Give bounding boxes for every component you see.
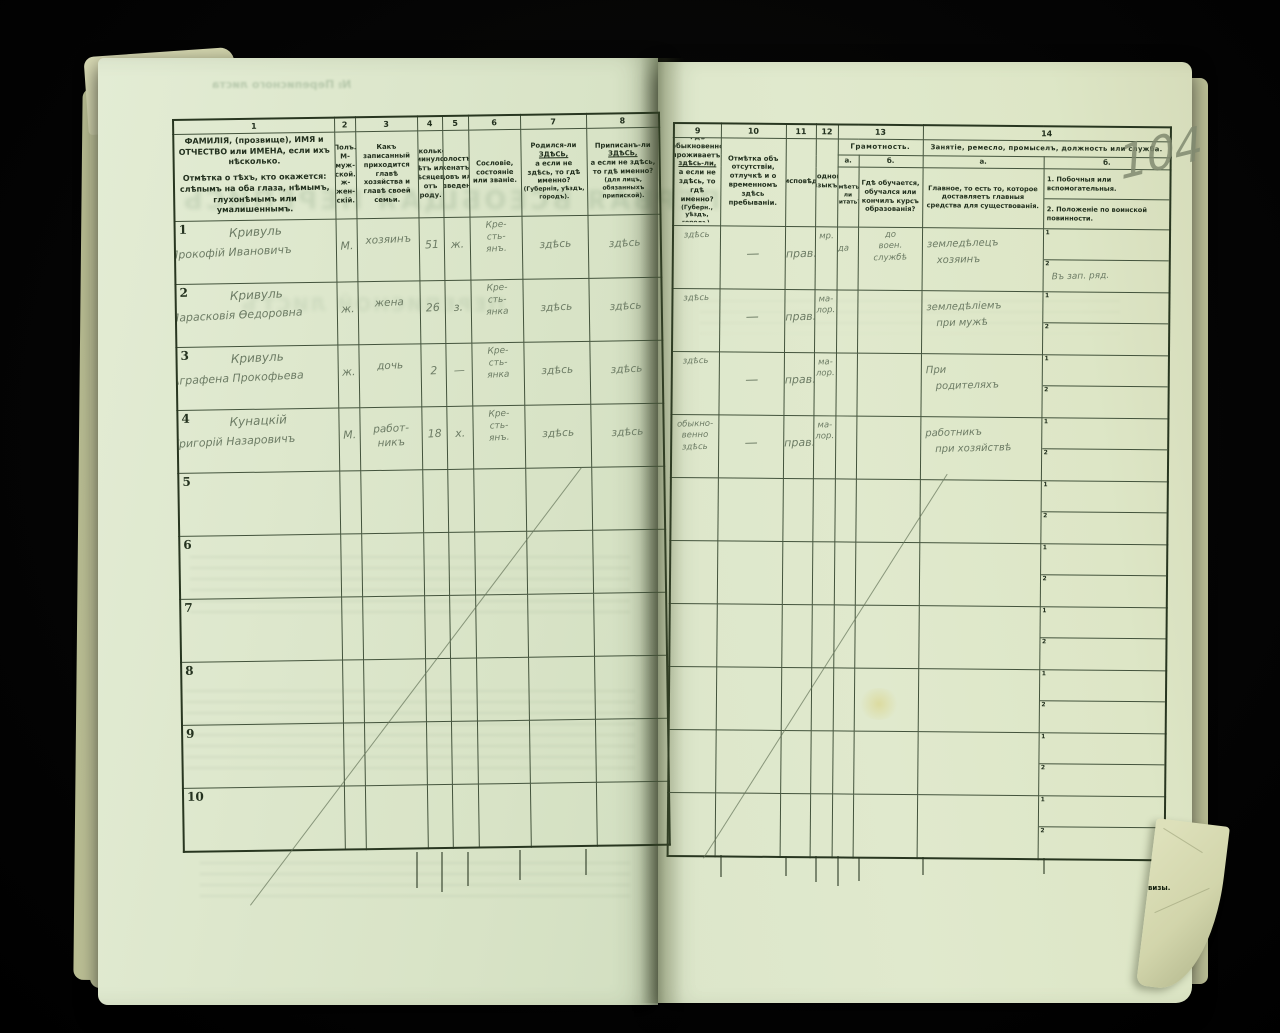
- col-number: 4: [417, 116, 442, 131]
- handwritten-side-occupation: [1052, 238, 1169, 241]
- cell-main-occupation: [918, 669, 1040, 733]
- cell-sex: [339, 471, 361, 534]
- handwritten-residence: здѣсь: [673, 293, 719, 306]
- handwritten-marital-status: з.: [445, 300, 471, 314]
- cell-sex: ж.: [337, 345, 359, 408]
- table-row: 12: [669, 603, 1167, 670]
- handwritten-marital-status: [453, 804, 478, 805]
- military-status-subcell: 2: [1039, 764, 1165, 795]
- cell-estate: Кре-сть-янъ.: [469, 216, 522, 280]
- cell-estate: Кре-сть-янка: [470, 279, 523, 343]
- table-row: 9: [182, 718, 669, 788]
- table-row: 8: [181, 655, 668, 725]
- handwritten-marital-status: [448, 489, 473, 490]
- cell-name: 5: [178, 471, 340, 536]
- row-number: 7: [184, 601, 193, 615]
- handwritten-given-name: [181, 664, 341, 672]
- line-stub: [858, 857, 860, 881]
- col-number: 7: [520, 114, 586, 129]
- cell-language: ма-лор.: [813, 353, 836, 416]
- subrow-number: 2: [1045, 323, 1049, 330]
- cell-can-read: [833, 668, 855, 731]
- line-stub: [441, 852, 443, 892]
- cell-side-occupation: 12: [1040, 544, 1168, 608]
- handwritten-registration: здѣсь: [588, 236, 660, 252]
- cell-can-read: [836, 290, 858, 353]
- handwritten-absence-mark: [718, 561, 782, 563]
- subrow-number: 1: [1043, 481, 1047, 488]
- col-number: 3: [355, 116, 417, 131]
- cell-side-occupation: 12: [1040, 481, 1168, 545]
- subrow-number: 1: [1042, 607, 1046, 614]
- subrow-number: 2: [1041, 701, 1045, 708]
- handwritten-relation: никъ: [360, 434, 422, 451]
- col-number: 8: [586, 113, 659, 129]
- handwritten-given-name: Парасковія Ѳедоровна: [175, 304, 336, 325]
- handwritten-relation: дочь: [359, 357, 421, 374]
- military-status-subcell: 2: [1039, 701, 1165, 732]
- cell-religion: прав.: [784, 289, 815, 352]
- handwritten-marital-status: —: [446, 363, 472, 377]
- cell-registration: [596, 781, 670, 845]
- cell-where-educated: [856, 353, 921, 417]
- handwritten-surname: Кривуль: [175, 221, 335, 243]
- handwritten-birthplace: [531, 804, 596, 807]
- cell-estate: Кре-сть-янка: [471, 342, 524, 406]
- handwritten-surname: [180, 536, 339, 544]
- side-occupation-subcell: 1: [1041, 544, 1167, 576]
- handwritten-birthplace: здѣсь: [525, 426, 591, 441]
- cell-religion: прав.: [783, 415, 814, 478]
- handwritten-absence-mark: [718, 498, 782, 500]
- handwritten-given-name: Григорій Назаровичъ: [177, 430, 338, 451]
- handwritten-estate: янка: [471, 305, 523, 320]
- side-occupation-subcell: 1: [1041, 481, 1167, 513]
- handwritten-surname: [184, 788, 343, 796]
- col-number: 13: [838, 124, 923, 139]
- cell-side-occupation: 12: [1039, 607, 1167, 671]
- handwritten-language: лор.: [815, 306, 836, 318]
- handwritten-given-name: [179, 538, 339, 546]
- cell-can-read: [835, 353, 857, 416]
- military-status-subcell: 2: [1038, 827, 1164, 858]
- census-table-left: 1 2 3 4 5 6 7 8 ФАМИЛІЯ, (прозвище), ИМЯ…: [172, 112, 671, 853]
- handwritten-absence-mark: [717, 687, 781, 689]
- subheader-b: б.: [859, 155, 923, 168]
- handwritten-religion: прав.: [784, 436, 813, 450]
- cell-name: 10: [183, 786, 345, 851]
- handwritten-side-occupation: [1051, 301, 1168, 304]
- cell-sex: [340, 534, 362, 597]
- handwritten-sex: М.: [336, 239, 357, 253]
- handwritten-residence: здѣсь: [672, 442, 718, 455]
- table-row: 1КривульПрокофій ИвановичъМ.хозяинъ51ж.К…: [175, 214, 662, 284]
- row-number: 5: [182, 475, 191, 489]
- cell-language: [812, 542, 835, 605]
- handwritten-age: 18: [422, 427, 447, 441]
- cell-where-educated: [853, 731, 918, 795]
- military-status-subcell: 2: [1040, 575, 1166, 606]
- cell-religion: [780, 730, 811, 793]
- cell-registration: [595, 718, 669, 782]
- cell-religion: [780, 793, 811, 856]
- table-row: 5: [178, 466, 665, 536]
- handwritten-marital-status: [450, 615, 475, 616]
- cell-age: [427, 784, 453, 847]
- cell-marital-status: [448, 532, 475, 595]
- handwritten-sex: [340, 491, 360, 492]
- cell-side-occupation: 12Въ зап. ряд.: [1043, 229, 1171, 293]
- cell-side-occupation: 12: [1039, 670, 1167, 734]
- cell-name: 7: [180, 597, 342, 662]
- table-row: 12: [670, 477, 1168, 544]
- handwritten-occupation: земледѣліемъ: [926, 298, 1042, 315]
- handwritten-language: лор.: [814, 432, 835, 444]
- header-residence-column: Гдѣ обыкновенно проживаетъ: здѣсь-ли, а …: [673, 138, 721, 226]
- line-stub: [837, 856, 839, 886]
- side-occupation-subcell: 1: [1042, 355, 1168, 387]
- cell-registration: здѣсь: [590, 403, 664, 467]
- cell-side-occupation: 12: [1041, 418, 1169, 482]
- cell-religion: [781, 604, 812, 667]
- handwritten-age: 51: [419, 238, 444, 252]
- handwritten-military-status: [1046, 836, 1163, 839]
- cell-name: 3КривульАграфена Прокофьева: [176, 345, 338, 410]
- cell-marital-status: ж.: [443, 217, 470, 280]
- cell-side-occupation: 12: [1041, 355, 1169, 419]
- handwritten-registration: [593, 550, 664, 554]
- header-absence-column: Отмѣтка объ отсутствіи, отлучкѣ и о врем…: [720, 138, 786, 227]
- cell-estate: [477, 720, 530, 784]
- military-status-subcell: 2: [1041, 512, 1167, 543]
- table-row: 12: [668, 792, 1166, 859]
- cell-absence: [716, 667, 782, 731]
- handwritten-literacy: [833, 810, 853, 811]
- subrow-number: 2: [1043, 512, 1047, 519]
- subrow-number: 1: [1044, 418, 1048, 425]
- line-stub: [922, 857, 924, 875]
- handwritten-age: [424, 553, 448, 554]
- handwritten-marital-status: ж.: [444, 237, 470, 251]
- handwritten-estate: янъ.: [473, 431, 525, 446]
- subrow-number: 1: [1046, 229, 1050, 236]
- side-occupation-subcell: 1: [1039, 733, 1165, 765]
- cell-marital-status: [452, 784, 479, 847]
- cell-age: [422, 469, 448, 532]
- handwritten-surname: Кривуль: [177, 347, 337, 369]
- military-status-subcell: 2: [1042, 386, 1168, 417]
- cell-where-educated: довоен.службѣ: [858, 227, 923, 291]
- header-relation-column: Какъ записанный приходится главѣ хозяйст…: [355, 131, 418, 219]
- cell-residence: [670, 540, 718, 603]
- subrow-number: 2: [1042, 638, 1046, 645]
- cell-where-educated: [856, 416, 921, 480]
- subrow-number: 2: [1040, 827, 1044, 834]
- cell-relation: работ-никъ: [359, 407, 422, 471]
- col-number: 12: [816, 124, 838, 139]
- cell-birthplace: [525, 467, 592, 531]
- cell-name: 1КривульПрокофій Ивановичъ: [175, 219, 337, 284]
- cell-marital-status: [451, 721, 478, 784]
- subheader-a: а.: [923, 156, 1044, 169]
- cell-name: 9: [182, 723, 344, 788]
- table-row: 6: [179, 529, 666, 599]
- cell-birthplace: [530, 782, 597, 846]
- handwritten-military-status: [1049, 584, 1166, 587]
- handwritten-literacy: [834, 621, 854, 622]
- cell-birthplace: [527, 593, 594, 657]
- handwritten-given-name: [180, 601, 340, 609]
- handwritten-literacy: [837, 306, 857, 307]
- handwritten-absence-mark: [717, 624, 781, 626]
- handwritten-sex: ж.: [338, 365, 359, 379]
- cell-marital-status: з.: [444, 280, 471, 343]
- header-row: ФАМИЛІЯ, (прозвище), ИМЯ и ОТЧЕСТВО или …: [173, 127, 660, 221]
- cell-sex: ж.: [336, 282, 358, 345]
- cell-estate: [478, 783, 531, 847]
- side-occupation-subcell: 1: [1043, 229, 1169, 261]
- handwritten-religion: прав.: [785, 310, 814, 324]
- line-stub: [1043, 858, 1045, 874]
- cell-estate: [473, 468, 526, 532]
- cell-language: [810, 731, 833, 794]
- handwritten-language: мр.: [815, 231, 836, 243]
- handwritten-registration: здѣсь: [591, 425, 663, 441]
- subrow-number: 2: [1044, 386, 1048, 393]
- cell-absence: —: [720, 226, 786, 290]
- cell-registration: здѣсь: [587, 214, 661, 278]
- handwritten-absence-mark: —: [720, 309, 784, 326]
- row-number: 8: [185, 664, 194, 678]
- handwritten-surname: [182, 662, 341, 670]
- cell-can-read: да: [837, 227, 859, 290]
- header-text: Отмѣтка о тѣхъ, кто окажется: слѣпымъ на…: [177, 172, 333, 217]
- handwritten-relation: хозяинъ: [357, 231, 419, 248]
- side-occupation-subcell: 1: [1043, 292, 1169, 324]
- header-age-column: Сколько минуло лѣтъ или мѣсяцевъ отъ род…: [417, 130, 443, 217]
- header-language-column: Родной языкъ.: [815, 139, 838, 227]
- handwritten-education-place: службѣ: [858, 252, 921, 265]
- cell-relation: жена: [357, 281, 420, 345]
- handwritten-sex: [345, 806, 365, 807]
- handwritten-registration: [595, 676, 666, 680]
- header-marital-column: Холостъ, женатъ, вдовъ или разведенъ.: [442, 130, 469, 217]
- handwritten-surname: [183, 725, 342, 733]
- handwritten-marital-status: [449, 552, 474, 553]
- subrow-number: 2: [1044, 449, 1048, 456]
- handwritten-age: [426, 679, 450, 680]
- cell-absence: [715, 730, 781, 794]
- col-number: 9: [674, 123, 721, 138]
- handwritten-occupation: работникъ: [925, 424, 1041, 441]
- handwritten-side-occupation: [1047, 805, 1164, 808]
- cell-religion: [781, 667, 812, 730]
- cell-residence: здѣсь: [673, 226, 721, 289]
- handwritten-religion: [782, 625, 811, 626]
- handwritten-surname: [179, 473, 338, 481]
- cell-side-occupation: 12: [1038, 796, 1166, 860]
- cell-main-occupation: [917, 732, 1039, 796]
- row-number: 6: [183, 538, 192, 552]
- cell-relation: [361, 533, 424, 597]
- handwritten-sex: [342, 617, 362, 618]
- line-stub: [467, 852, 469, 886]
- cell-age: 18: [421, 406, 447, 469]
- military-status-subcell: 2Въ зап. ряд.: [1043, 260, 1169, 291]
- cell-name: 6: [179, 534, 341, 599]
- handwritten-literacy: [836, 432, 856, 433]
- cell-sex: М.: [338, 408, 360, 471]
- cell-relation: [362, 596, 425, 660]
- line-stub: [720, 855, 722, 877]
- col-number: 2: [334, 117, 355, 132]
- subrow-number: 2: [1043, 575, 1047, 582]
- census-table-right: 9 10 11 12 13 14 Гдѣ обыкновенно прожива…: [667, 122, 1172, 861]
- table-row: здѣсь—прав.мр.дадовоен.службѣземледѣлецъ…: [673, 226, 1171, 293]
- handwritten-residence: здѣсь: [673, 356, 719, 369]
- handwritten-religion: [783, 499, 812, 500]
- handwritten-sex: [344, 743, 364, 744]
- handwritten-literacy: [833, 747, 853, 748]
- cell-relation: [365, 785, 428, 849]
- cell-language: [810, 794, 833, 857]
- cell-religion: [782, 478, 813, 541]
- cell-sex: [342, 660, 364, 723]
- handwritten-absence-mark: [715, 813, 779, 815]
- subrow-number: 2: [1041, 764, 1045, 771]
- cell-main-occupation: работникъпри хозяйствѣ: [920, 417, 1042, 481]
- cell-language: [812, 479, 835, 542]
- cell-marital-status: [450, 658, 477, 721]
- handwritten-age: 26: [420, 301, 445, 315]
- table-row: здѣсь—прав.ма-лор.земледѣліемъпри мужѣ12: [672, 289, 1170, 356]
- cell-registration: здѣсь: [588, 277, 662, 341]
- bleed-through-text: № Переписного листа: [212, 78, 351, 91]
- table-row: 4КунацкійГригорій НазаровичъМ.работ-никъ…: [177, 403, 664, 473]
- handwritten-military-status: [1049, 521, 1166, 524]
- handwritten-military-status: Въ зап. ряд.: [1051, 269, 1169, 282]
- header-birthplace-column: Родился-ли ЗДѢСЬ, а если не здѣсь, то гд…: [520, 128, 587, 216]
- cell-residence: [669, 603, 717, 666]
- row-number: 10: [187, 790, 204, 804]
- cell-main-occupation: земледѣлецъхозяинъ: [922, 228, 1044, 292]
- subrow-number: 2: [1045, 260, 1049, 267]
- census-book-photo: ПЕРВАЯ ВСЕОБЩАЯ ПЕРЕПИСЬ ПЕРЕПИСНОЙ ЛИСТ…: [0, 0, 1280, 1033]
- side-occupation-subcell: 1: [1039, 670, 1165, 702]
- cell-name: 8: [181, 660, 343, 725]
- header-religion-column: Вѣроисповѣданіе.: [785, 138, 816, 226]
- military-status-subcell: 2: [1043, 323, 1169, 354]
- handwritten-military-status: [1048, 647, 1165, 650]
- handwritten-estate: янъ.: [470, 242, 522, 257]
- cell-age: 51: [418, 217, 444, 280]
- cell-can-read: [832, 794, 854, 857]
- handwritten-sex: [341, 554, 361, 555]
- subheader-a: а.: [838, 155, 859, 167]
- handwritten-occupation: при хозяйствѣ: [935, 440, 1041, 456]
- cell-marital-status: х.: [446, 406, 473, 469]
- cell-main-occupation: [917, 795, 1039, 859]
- handwritten-military-status: [1047, 710, 1164, 713]
- cell-registration: [593, 592, 667, 656]
- side-occupation-subcell: 1: [1040, 607, 1166, 639]
- cell-absence: [717, 541, 783, 605]
- cell-residence: здѣсь: [671, 352, 719, 415]
- military-status-subcell: 2: [1040, 638, 1166, 669]
- handwritten-religion: прав.: [785, 247, 814, 261]
- cell-residence: [668, 729, 716, 792]
- line-stub: [416, 852, 418, 888]
- cell-residence: [668, 792, 716, 855]
- cell-religion: прав.: [785, 226, 816, 289]
- table-row: 12: [670, 540, 1168, 607]
- handwritten-given-name: [178, 475, 338, 483]
- cell-language: мр.: [815, 227, 838, 290]
- handwritten-surname: Кунацкій: [178, 410, 338, 432]
- cell-birthplace: здѣсь: [524, 404, 591, 468]
- cell-birthplace: здѣсь: [522, 278, 589, 342]
- handwritten-language: лор.: [814, 369, 835, 381]
- handwritten-literacy: [836, 369, 856, 370]
- handwritten-birthplace: здѣсь: [523, 300, 589, 315]
- bleed-through-smudge: [200, 862, 630, 904]
- cell-where-educated: [857, 290, 922, 354]
- cell-absence: —: [718, 415, 784, 479]
- row-number: 9: [186, 727, 195, 741]
- table-row: 3КривульАграфена Прокофьеваж.дочь2—Кре-с…: [176, 340, 663, 410]
- line-stub: [815, 856, 817, 882]
- handwritten-age: [425, 616, 449, 617]
- cell-absence: —: [718, 352, 784, 416]
- cell-relation: [364, 722, 427, 786]
- handwritten-given-name: Аграфена Прокофьева: [176, 367, 337, 388]
- cell-main-occupation: [918, 606, 1040, 670]
- handwritten-side-occupation: [1047, 742, 1164, 745]
- handwritten-marital-status: [452, 741, 477, 742]
- handwritten-birthplace: [527, 552, 592, 555]
- handwritten-given-name: Прокофій Ивановичъ: [175, 241, 336, 262]
- cell-where-educated: [854, 605, 919, 669]
- handwritten-religion: [782, 688, 811, 689]
- handwritten-religion: [783, 562, 812, 563]
- header-registration-column: Приписанъ-ли ЗДѢСЬ, а если не здѣсь, то …: [586, 127, 660, 215]
- paper-stain: [858, 688, 900, 720]
- cell-marital-status: [449, 595, 476, 658]
- handwritten-registration: [596, 739, 667, 743]
- table-row: 12: [669, 666, 1167, 733]
- cell-residence: [670, 477, 718, 540]
- cell-age: [426, 721, 452, 784]
- cell-registration: [591, 466, 665, 530]
- printers-edge-mark: визы.: [1148, 884, 1170, 892]
- handwritten-side-occupation: [1050, 427, 1167, 430]
- header-estate-column: Сословіе, состояніе или званіе.: [468, 129, 521, 217]
- handwritten-military-status: [1050, 395, 1167, 398]
- cell-registration: [594, 655, 668, 719]
- handwritten-registration: [594, 613, 665, 617]
- subrow-number: 1: [1042, 670, 1046, 677]
- cell-main-occupation: Природителяхъ: [920, 354, 1042, 418]
- subrow-number: 1: [1044, 355, 1048, 362]
- col-number: 6: [468, 115, 520, 130]
- cell-registration: [592, 529, 666, 593]
- cell-language: ма-лор.: [814, 290, 837, 353]
- cell-where-educated: [853, 794, 918, 858]
- cell-absence: [716, 604, 782, 668]
- cell-main-occupation: [919, 543, 1041, 607]
- subrow-number: 1: [1041, 733, 1045, 740]
- cell-religion: прав.: [783, 352, 814, 415]
